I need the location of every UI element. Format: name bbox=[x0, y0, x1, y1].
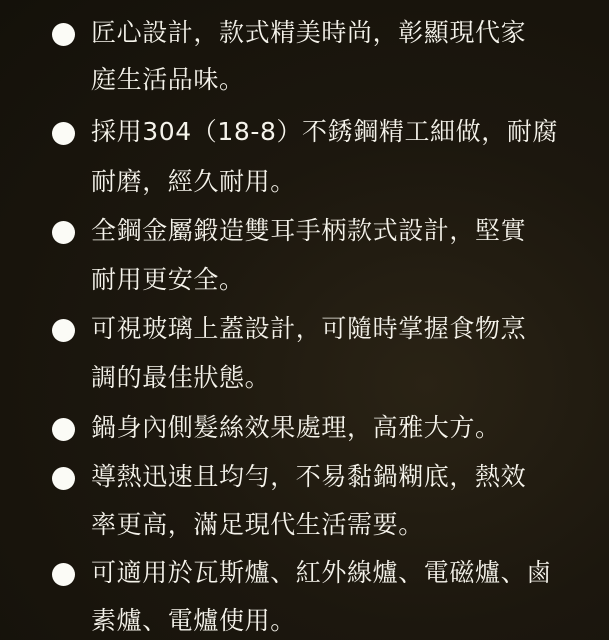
bullet-icon bbox=[52, 467, 75, 490]
feature-text: 採用304（18-8）不銹鋼精工細做，耐腐 bbox=[91, 117, 558, 147]
feature-text: 耐磨，經久耐用。 bbox=[91, 167, 296, 197]
feature-text: 匠心設計，款式精美時尚，彰顯現代家 bbox=[91, 18, 526, 48]
feature-text: 可適用於瓦斯爐、紅外線爐、電磁爐、鹵 bbox=[91, 558, 552, 588]
bullet-icon bbox=[52, 23, 75, 46]
bullet-icon bbox=[52, 418, 75, 441]
feature-text: 庭生活品味。 bbox=[91, 65, 245, 95]
feature-text: 調的最佳狀態。 bbox=[91, 363, 270, 393]
feature-text: 全鋼金屬鍛造雙耳手柄款式設計，堅實 bbox=[91, 216, 526, 246]
bullet-icon bbox=[52, 221, 75, 244]
feature-text: 導熱迅速且均勻，不易黏鍋糊底，熱效 bbox=[91, 462, 526, 492]
feature-text: 率更高，滿足現代生活需要。 bbox=[91, 510, 424, 540]
feature-text: 可視玻璃上蓋設計，可隨時掌握食物烹 bbox=[91, 314, 526, 344]
feature-text: 耐用更安全。 bbox=[91, 265, 245, 295]
feature-text: 素爐、電爐使用。 bbox=[91, 606, 296, 636]
feature-text: 鍋身內側髮絲效果處理，高雅大方。 bbox=[91, 413, 501, 443]
bullet-icon bbox=[52, 319, 75, 342]
bullet-icon bbox=[52, 122, 75, 145]
bullet-icon bbox=[52, 563, 75, 586]
